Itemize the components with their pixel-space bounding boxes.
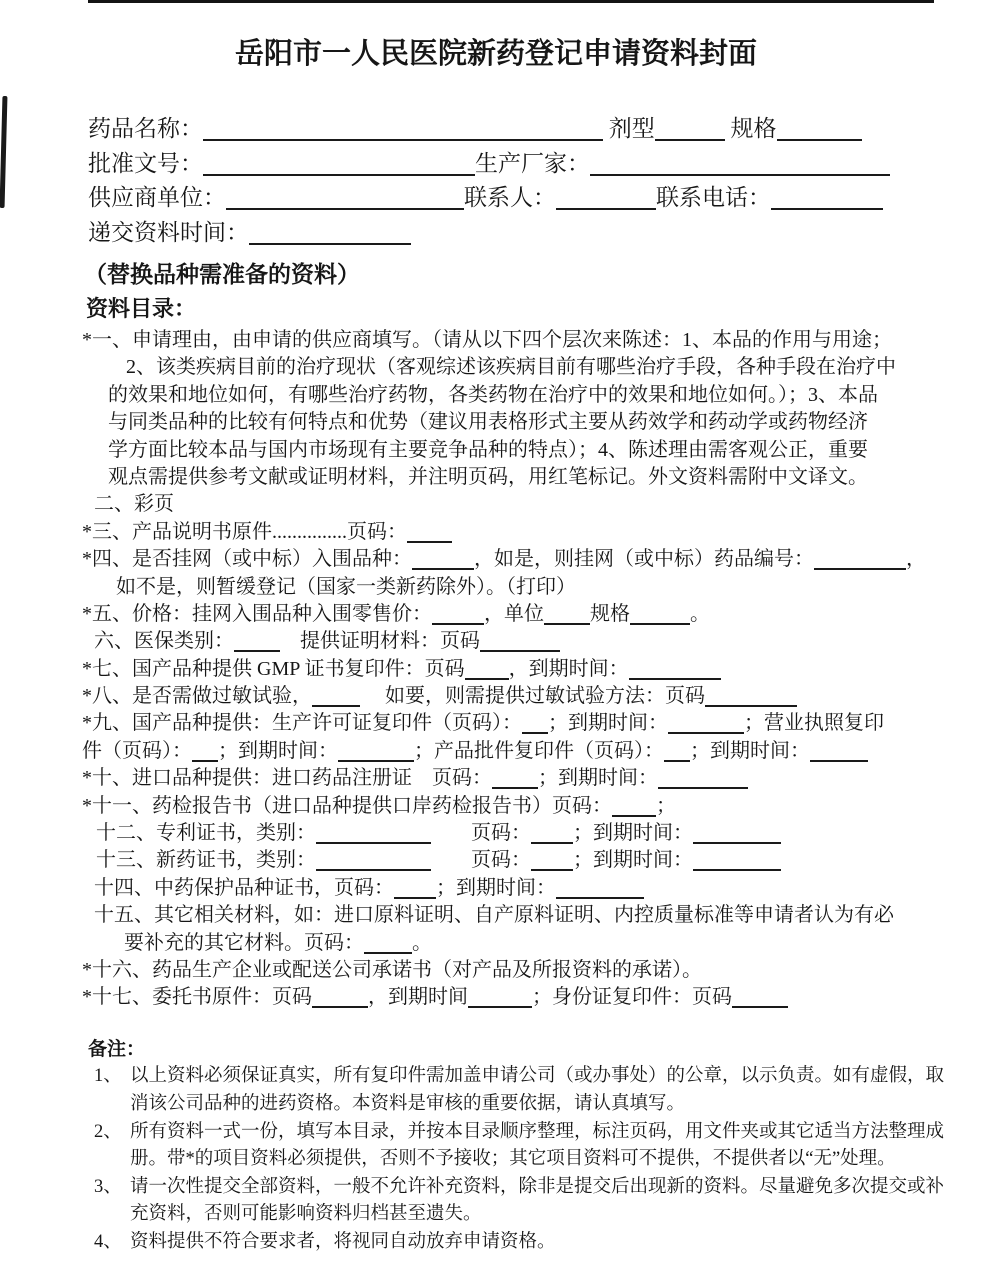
catalog-line: *七、国产品种提供 GMP 证书复印件：页码，到期时间： (82, 656, 992, 683)
line-text: 件（页码）： (82, 740, 192, 762)
line-text: 联系电话： (656, 185, 771, 210)
header-fields: 药品名称： 剂型 规格批准文号：生产厂家：供应商单位：联系人：联系电话：递交资料… (88, 112, 992, 250)
scan-artifact-top-line (88, 0, 934, 3)
fill-in-blank[interactable] (312, 705, 360, 707)
catalog-line: 要补充的其它材料。页码：。 (82, 930, 992, 957)
fill-in-blank[interactable] (465, 678, 509, 680)
fill-in-blank[interactable] (316, 842, 431, 844)
line-text: ，到期时间： (509, 658, 629, 680)
line-text: 请一次性提交全部资料，一般不允许补充资料，除非是提交后出现新的资料。尽量避免多次… (130, 1177, 944, 1197)
catalog-line: 学方面比较本品与国内市场现有主要竞争品种的特点）；4、陈述理由需客观公正，重要 (82, 437, 992, 464)
fill-in-blank[interactable] (531, 869, 573, 871)
fill-in-blank[interactable] (226, 208, 464, 210)
scanned-form-page: 岳阳市一人民医院新药登记申请资料封面 药品名称： 剂型 规格批准文号：生产厂家：… (0, 0, 992, 1280)
fill-in-blank[interactable] (629, 678, 721, 680)
line-text: 供应商单位： (88, 185, 226, 210)
line-text: *九、国产品种提供：生产许可证复印件（页码）： (82, 712, 522, 734)
fill-in-blank[interactable] (316, 869, 431, 871)
line-text: *五、价格：挂网入围品种入围零售价： (82, 603, 432, 625)
fill-in-blank[interactable] (234, 650, 280, 652)
fill-in-blank[interactable] (249, 243, 411, 245)
catalog-line: *十、进口品种提供：进口药品注册证 页码：；到期时间： (82, 765, 992, 792)
remarks-heading: 备注： (88, 1036, 992, 1064)
line-text: 资料提供不符合要求者，将视同自动放弃申请资格。 (130, 1232, 556, 1252)
line-text: 十二、专利证书，类别： (96, 822, 316, 844)
remark-line: 3、请一次性提交全部资料，一般不允许补充资料，除非是提交后出现新的资料。尽量避免… (88, 1174, 992, 1202)
catalog-heading: 资料目录： (86, 294, 992, 324)
fill-in-blank[interactable] (668, 732, 744, 734)
line-text: 的效果和地位如何，有哪些治疗药物，各类药物在治疗中的效果和地位如何。）；3、本品 (108, 384, 878, 406)
line-text: 药品名称： (88, 116, 203, 141)
page-title: 岳阳市一人民医院新药登记申请资料封面 (0, 34, 992, 74)
fill-in-blank[interactable] (556, 897, 644, 899)
line-text: 与同类品种的比较有何特点和优势（建议用表格形式主要从药效学和药动学或药物经济 (108, 411, 868, 433)
remark-line: 消该公司品种的进药资格。本资料是审核的重要依据，请认真填写。 (88, 1091, 992, 1119)
fill-in-blank[interactable] (394, 897, 436, 899)
fill-in-blank[interactable] (705, 705, 797, 707)
line-text: *一、申请理由，由申请的供应商填写。（请从以下四个层次来陈述：1、本品的作用与用… (82, 329, 892, 351)
fill-in-blank[interactable] (658, 787, 748, 789)
fill-in-blank[interactable] (664, 760, 690, 762)
remarks-list: 1、以上资料必须保证真实，所有复印件需加盖申请公司（或办事处）的公章，以示负责。… (88, 1063, 992, 1256)
line-text: *十一、药检报告书（进口品种提供口岸药检报告书）页码： (82, 795, 612, 817)
fill-in-blank[interactable] (771, 208, 883, 210)
form-field-row: 药品名称： 剂型 规格 (88, 112, 992, 147)
fill-in-blank[interactable] (556, 208, 656, 210)
fill-in-blank[interactable] (468, 1006, 532, 1008)
line-text: *十、进口品种提供：进口药品注册证 页码： (82, 767, 492, 789)
line-text: ；到期时间： (436, 877, 556, 899)
line-text: 页码： (431, 822, 531, 844)
catalog-line: *三、产品说明书原件...............页码： (82, 519, 992, 546)
fill-in-blank[interactable] (531, 842, 573, 844)
catalog-line: 十三、新药证书，类别： 页码：；到期时间： (82, 847, 992, 874)
line-text: 规格 (590, 603, 630, 625)
remark-number: 3、 (94, 1174, 130, 1202)
fill-in-blank[interactable] (693, 869, 781, 871)
fill-in-blank[interactable] (693, 842, 781, 844)
line-text: 二、彩页 (94, 493, 174, 515)
line-text: 批准文号： (88, 151, 203, 176)
line-text: *十七、委托书原件：页码 (82, 986, 312, 1008)
fill-in-blank[interactable] (312, 1006, 368, 1008)
line-text: ；身份证复印件：页码 (532, 986, 732, 1008)
line-text: *四、是否挂网（或中标）入围品种： (82, 548, 412, 570)
remark-line: 4、资料提供不符合要求者，将视同自动放弃申请资格。 (88, 1229, 992, 1257)
fill-in-blank[interactable] (590, 174, 890, 176)
line-text: ，如是，则挂网（或中标）药品编号： (474, 548, 814, 570)
line-text: ，到期时间 (368, 986, 468, 1008)
catalog-line: *十七、委托书原件：页码，到期时间；身份证复印件：页码 (82, 984, 992, 1011)
fill-in-blank[interactable] (338, 760, 414, 762)
fill-in-blank[interactable] (192, 760, 218, 762)
line-text: *三、产品说明书原件...............页码： (82, 521, 407, 543)
line-text: 。 (690, 603, 710, 625)
line-text: 如不是，则暂缓登记（国家一类新药除外）。（打印） (116, 576, 576, 598)
fill-in-blank[interactable] (432, 623, 484, 625)
catalog-line: 十四、中药保护品种证书，页码：；到期时间： (82, 875, 992, 902)
line-text: *八、是否需做过敏试验， (82, 685, 312, 707)
catalog-line: 的效果和地位如何，有哪些治疗药物，各类药物在治疗中的效果和地位如何。）；3、本品 (82, 382, 992, 409)
line-text: ，单位 (484, 603, 544, 625)
catalog-line: 十二、专利证书，类别： 页码：；到期时间： (82, 820, 992, 847)
catalog-line: 观点需提供参考文献或证明材料，并注明页码，用红笔标记。外文资料需附中文译文。 (82, 464, 992, 491)
line-text: 册。带*的项目资料必须提供，否则不予接收；其它项目资料可不提供，不提供者以“无”… (130, 1149, 896, 1169)
fill-in-blank[interactable] (655, 139, 725, 141)
form-field-row: 供应商单位：联系人：联系电话： (88, 181, 992, 216)
remark-line: 2、所有资料一式一份，填写本目录，并按本目录顺序整理，标注页码，用文件夹或其它适… (88, 1119, 992, 1147)
line-text: 页码： (431, 849, 531, 871)
fill-in-blank[interactable] (544, 623, 590, 625)
fill-in-blank[interactable] (732, 1006, 788, 1008)
catalog-line: 与同类品种的比较有何特点和优势（建议用表格形式主要从药效学和药动学或药物经济 (82, 409, 992, 436)
line-text: 。 (412, 932, 432, 954)
fill-in-blank[interactable] (810, 760, 868, 762)
fill-in-blank[interactable] (364, 952, 412, 954)
catalog-line: 件（页码）：；到期时间：；产品批件复印件（页码）：；到期时间： (82, 738, 992, 765)
catalog-line: 2、该类疾病目前的治疗现状（客观综述该疾病目前有哪些治疗手段，各种手段在治疗中 (82, 354, 992, 381)
remark-number: 4、 (94, 1229, 130, 1257)
line-text: ； (656, 795, 676, 817)
catalog-line: *十一、药检报告书（进口品种提供口岸药检报告书）页码：； (82, 793, 992, 820)
line-text: ；营业执照复印 (744, 712, 884, 734)
line-text: 联系人： (464, 185, 556, 210)
line-text: 所有资料一式一份，填写本目录，并按本目录顺序整理，标注页码，用文件夹或其它适当方… (130, 1122, 944, 1142)
line-text: 观点需提供参考文献或证明材料，并注明页码，用红笔标记。外文资料需附中文译文。 (108, 466, 868, 488)
line-text: 以上资料必须保证真实，所有复印件需加盖申请公司（或办事处）的公章，以示负责。如有… (130, 1066, 944, 1086)
scan-artifact-left-mark (0, 96, 7, 208)
catalog-line: *四、是否挂网（或中标）入围品种：，如是，则挂网（或中标）药品编号：， (82, 546, 992, 573)
catalog-line: 六、医保类别： 提供证明材料：页码 (82, 628, 992, 655)
fill-in-blank[interactable] (407, 541, 452, 543)
catalog-line: 二、彩页 (82, 491, 992, 518)
line-text: 2、该类疾病目前的治疗现状（客观综述该疾病目前有哪些治疗手段，各种手段在治疗中 (126, 356, 896, 378)
line-text: ；产品批件复印件（页码）： (414, 740, 664, 762)
line-text: 消该公司品种的进药资格。本资料是审核的重要依据，请认真填写。 (130, 1094, 685, 1114)
form-field-row: 递交资料时间： (88, 216, 992, 251)
line-text: ；到期时间： (690, 740, 810, 762)
line-text: ；到期时间： (538, 767, 658, 789)
remarks-section: 备注： 1、以上资料必须保证真实，所有复印件需加盖申请公司（或办事处）的公章，以… (88, 1036, 992, 1257)
remark-line: 册。带*的项目资料必须提供，否则不予接收；其它项目资料可不提供，不提供者以“无”… (88, 1146, 992, 1174)
line-text: 十四、中药保护品种证书，页码： (94, 877, 394, 899)
line-text: 提供证明材料：页码 (280, 630, 480, 652)
line-text: 剂型 (603, 116, 655, 141)
line-text: *十六、药品生产企业或配送公司承诺书（对产品及所报资料的承诺）。 (82, 959, 702, 981)
fill-in-blank[interactable] (522, 732, 548, 734)
line-text: 如要，则需提供过敏试验方法：页码 (360, 685, 705, 707)
fill-in-blank[interactable] (612, 815, 656, 817)
line-text: 十三、新药证书，类别： (96, 849, 316, 871)
catalog-line: *九、国产品种提供：生产许可证复印件（页码）：；到期时间：；营业执照复印 (82, 710, 992, 737)
fill-in-blank[interactable] (203, 139, 603, 141)
catalog-line: *一、申请理由，由申请的供应商填写。（请从以下四个层次来陈述：1、本品的作用与用… (82, 327, 992, 354)
fill-in-blank[interactable] (630, 623, 690, 625)
line-text: ；到期时间： (218, 740, 338, 762)
catalog-line: *八、是否需做过敏试验， 如要，则需提供过敏试验方法：页码 (82, 683, 992, 710)
line-text: 学方面比较本品与国内市场现有主要竞争品种的特点）；4、陈述理由需客观公正，重要 (108, 439, 868, 461)
line-text: ；到期时间： (573, 822, 693, 844)
remark-number: 1、 (94, 1063, 130, 1091)
catalog-line: *十六、药品生产企业或配送公司承诺书（对产品及所报资料的承诺）。 (82, 957, 992, 984)
remark-number: 2、 (94, 1119, 130, 1147)
line-text: 十五、其它相关材料，如：进口原料证明、自产原料证明、内控质量标准等申请者认为有必 (94, 904, 894, 926)
line-text: 充资料，否则可能影响资料归档甚至遗失。 (130, 1204, 482, 1224)
line-text: ；到期时间： (548, 712, 668, 734)
remark-line: 1、以上资料必须保证真实，所有复印件需加盖申请公司（或办事处）的公章，以示负责。… (88, 1063, 992, 1091)
line-text: 生产厂家： (475, 151, 590, 176)
line-text: ；到期时间： (573, 849, 693, 871)
catalog-line: *五、价格：挂网入围品种入围零售价：，单位规格。 (82, 601, 992, 628)
fill-in-blank[interactable] (777, 139, 862, 141)
fill-in-blank[interactable] (814, 568, 906, 570)
form-field-row: 批准文号：生产厂家： (88, 147, 992, 182)
catalog-list: *一、申请理由，由申请的供应商填写。（请从以下四个层次来陈述：1、本品的作用与用… (82, 327, 992, 1012)
line-text: 递交资料时间： (88, 220, 249, 245)
fill-in-blank[interactable] (492, 787, 538, 789)
fill-in-blank[interactable] (480, 650, 560, 652)
fill-in-blank[interactable] (412, 568, 474, 570)
line-text: 要补充的其它材料。页码： (124, 932, 364, 954)
remark-line: 充资料，否则可能影响资料归档甚至遗失。 (88, 1201, 992, 1229)
catalog-line: 十五、其它相关材料，如：进口原料证明、自产原料证明、内控质量标准等申请者认为有必 (82, 902, 992, 929)
line-text: 六、医保类别： (94, 630, 234, 652)
replace-variety-note: （替换品种需准备的资料） (84, 260, 992, 290)
line-text: 规格 (725, 116, 777, 141)
catalog-line: 如不是，则暂缓登记（国家一类新药除外）。（打印） (82, 574, 992, 601)
line-text: ， (906, 548, 926, 570)
line-text: *七、国产品种提供 GMP 证书复印件：页码 (82, 658, 465, 680)
fill-in-blank[interactable] (203, 174, 475, 176)
